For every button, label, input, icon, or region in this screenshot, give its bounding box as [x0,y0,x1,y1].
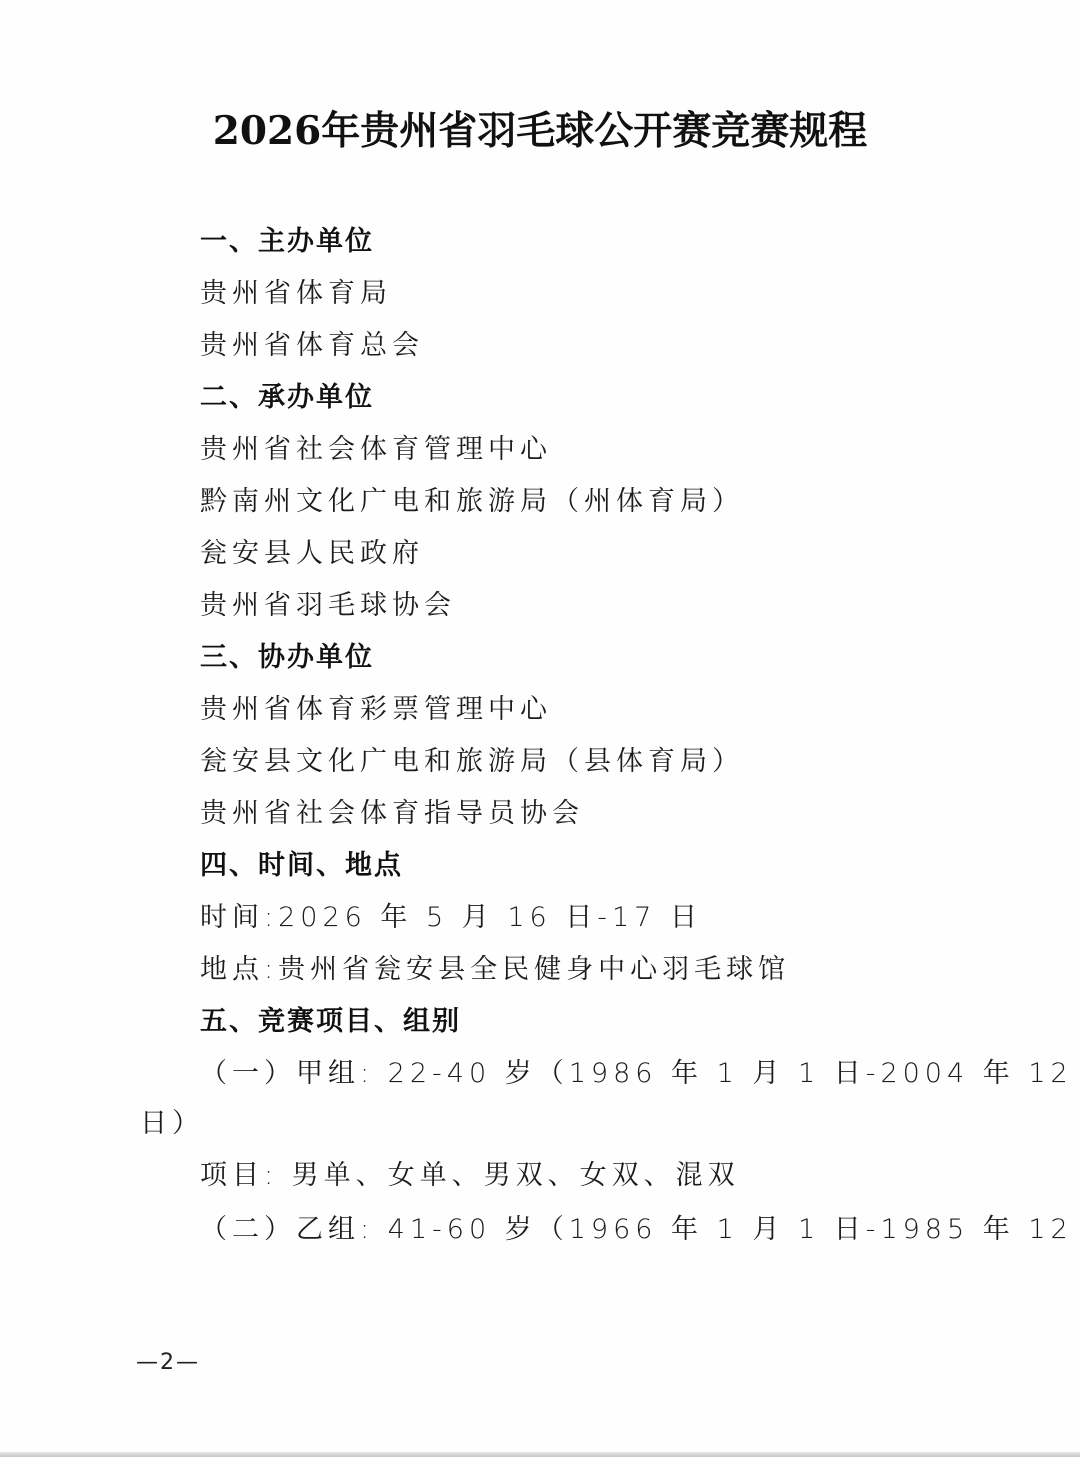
group-a-line: （一）甲组: 22-40 岁（1986 年 1 月 1 日-2004 年 12 … [200,1051,1080,1090]
host-line: 瓮安县人民政府 [200,531,424,570]
organizer-line: 贵州省体育局 [200,271,392,310]
host-line: 贵州省羽毛球协会 [200,583,456,622]
co-organizer-line: 瓮安县文化广电和旅游局（县体育局） [200,739,744,778]
organizer-line: 贵州省体育总会 [200,323,424,362]
place-line: 地点:贵州省瓮安县全民健身中心羽毛球馆 [200,947,790,986]
host-line: 黔南州文化广电和旅游局（州体育局） [200,479,744,518]
section-heading-organizer: 一、主办单位 [200,219,374,258]
events-line: 项目: 男单、女单、男双、女双、混双 [200,1153,740,1192]
page-edge-divider [0,1452,1080,1457]
co-organizer-line: 贵州省社会体育指导员协会 [200,791,584,830]
co-organizer-line: 贵州省体育彩票管理中心 [200,687,552,726]
section-heading-host: 二、承办单位 [200,375,374,414]
section-heading-time-place: 四、时间、地点 [200,843,403,882]
page-number: —2— [136,1350,200,1375]
group-b-line: （二）乙组: 41-60 岁（1966 年 1 月 1 日-1985 年 12 … [200,1207,1080,1246]
section-heading-events: 五、竞赛项目、组别 [200,999,461,1038]
time-line: 时间:2026 年 5 月 16 日-17 日 [200,895,702,934]
host-line: 贵州省社会体育管理中心 [200,427,552,466]
document-title: 2026年贵州省羽毛球公开赛竞赛规程 [0,100,1080,156]
document-page: 2026年贵州省羽毛球公开赛竞赛规程 一、主办单位 贵州省体育局 贵州省体育总会… [0,0,1080,1452]
group-a-line-continued: 日） [140,1101,204,1140]
section-heading-co-organizer: 三、协办单位 [200,635,374,674]
